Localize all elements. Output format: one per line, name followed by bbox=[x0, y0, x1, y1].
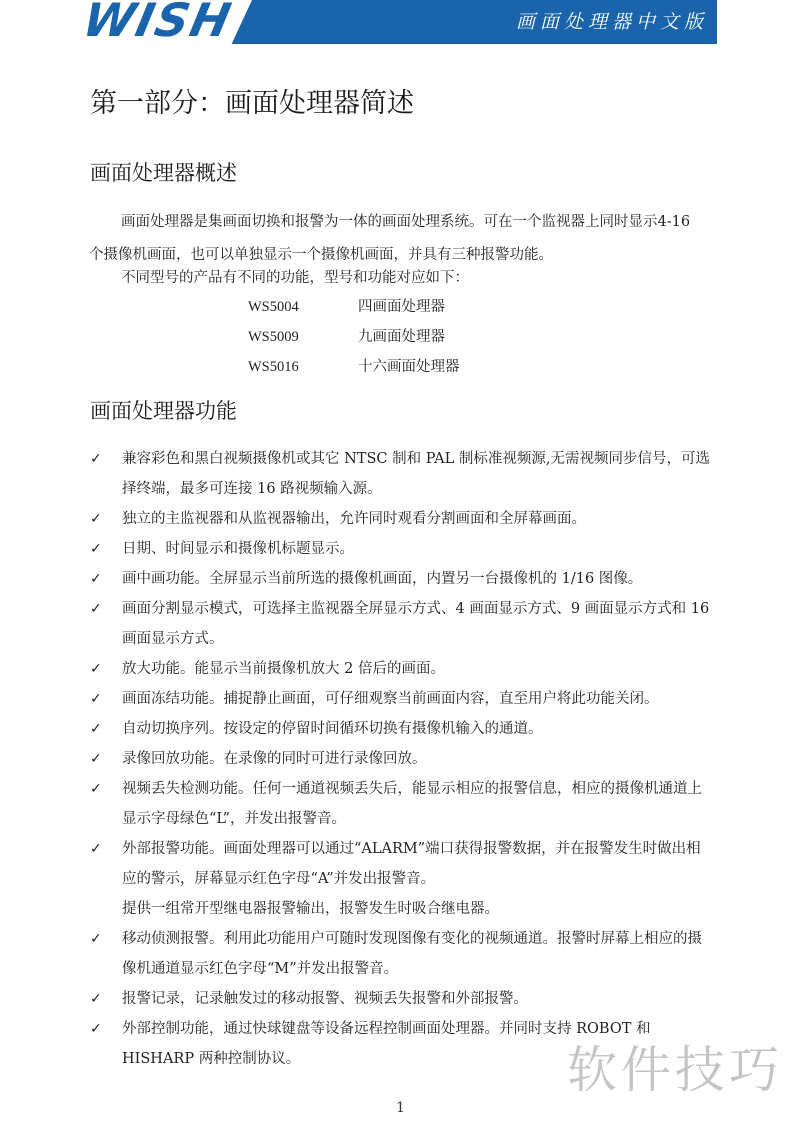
model-row: WS5009 九画面处理器 bbox=[248, 322, 460, 352]
model-row: WS5004 四画面处理器 bbox=[248, 292, 460, 322]
model-code: WS5004 bbox=[248, 292, 358, 322]
feature-item: ✓视频丢失检测功能。任何一通道视频丢失后，能显示相应的报警信息，相应的摄像机通道… bbox=[90, 774, 710, 834]
check-icon: ✓ bbox=[90, 654, 122, 684]
check-icon: ✓ bbox=[90, 984, 122, 1014]
wish-logo: WISH bbox=[79, 0, 237, 44]
feature-text: 报警记录，记录触发过的移动报警、视频丢失报警和外部报警。 bbox=[122, 984, 710, 1014]
check-icon: ✓ bbox=[90, 1014, 122, 1074]
feature-item: ✓画面分割显示模式，可选择主监视器全屏显示方式、4 画面显示方式、9 画面显示方… bbox=[90, 594, 710, 654]
functions-heading: 画面处理器功能 bbox=[90, 396, 237, 426]
feature-item: ✓画面冻结功能。捕捉静止画面，可仔细观察当前画面内容，直至用户将此功能关闭。 bbox=[90, 684, 710, 714]
feature-text: 画面冻结功能。捕捉静止画面，可仔细观察当前画面内容，直至用户将此功能关闭。 bbox=[122, 684, 710, 714]
feature-item: ✓兼容彩色和黑白视频摄像机或其它 NTSC 制和 PAL 制标准视频源,无需视频… bbox=[90, 444, 710, 504]
feature-item: ✓移动侦测报警。利用此功能用户可随时发现图像有变化的视频通道。报警时屏幕上相应的… bbox=[90, 924, 710, 984]
feature-item: ✓录像回放功能。在录像的同时可进行录像回放。 bbox=[90, 744, 710, 774]
check-icon: ✓ bbox=[90, 534, 122, 564]
feature-text: 独立的主监视器和从监视器输出，允许同时观看分割画面和全屏幕画面。 bbox=[122, 504, 710, 534]
check-icon: ✓ bbox=[90, 774, 122, 834]
check-icon: ✓ bbox=[90, 714, 122, 744]
feature-item: ✓报警记录，记录触发过的移动报警、视频丢失报警和外部报警。 bbox=[90, 984, 710, 1014]
model-description: 四画面处理器 bbox=[358, 292, 445, 322]
model-row: WS5016 十六画面处理器 bbox=[248, 352, 460, 382]
feature-text: 自动切换序列。按设定的停留时间循环切换有摄像机输入的通道。 bbox=[122, 714, 710, 744]
feature-item: ✓放大功能。能显示当前摄像机放大 2 倍后的画面。 bbox=[90, 654, 710, 684]
feature-text: 画中画功能。全屏显示当前所选的摄像机画面，内置另一台摄像机的 1/16 图像。 bbox=[122, 564, 710, 594]
model-description: 十六画面处理器 bbox=[358, 352, 460, 382]
feature-text: 兼容彩色和黑白视频摄像机或其它 NTSC 制和 PAL 制标准视频源,无需视频同… bbox=[122, 444, 710, 504]
feature-item: ✓日期、时间显示和摄像机标题显示。 bbox=[90, 534, 710, 564]
feature-item: ✓外部报警功能。画面处理器可以通过“ALARM”端口获得报警数据，并在报警发生时… bbox=[90, 834, 710, 894]
models-intro: 不同型号的产品有不同的功能，型号和功能对应如下： bbox=[89, 262, 709, 295]
feature-item: ✓独立的主监视器和从监视器输出，允许同时观看分割画面和全屏幕画面。 bbox=[90, 504, 710, 534]
part-title: 第一部分：画面处理器简述 bbox=[90, 84, 414, 124]
model-code: WS5009 bbox=[248, 322, 358, 352]
overview-heading: 画面处理器概述 bbox=[90, 158, 237, 188]
page-number: 1 bbox=[396, 1100, 405, 1116]
check-icon: ✓ bbox=[90, 564, 122, 594]
feature-text: 日期、时间显示和摄像机标题显示。 bbox=[122, 534, 710, 564]
feature-text: 视频丢失检测功能。任何一通道视频丢失后，能显示相应的报警信息，相应的摄像机通道上… bbox=[122, 774, 710, 834]
feature-text: 移动侦测报警。利用此功能用户可随时发现图像有变化的视频通道。报警时屏幕上相应的摄… bbox=[122, 924, 710, 984]
feature-list: ✓兼容彩色和黑白视频摄像机或其它 NTSC 制和 PAL 制标准视频源,无需视频… bbox=[90, 444, 710, 1074]
banner-title: 画面处理器中文版 bbox=[516, 8, 708, 36]
feature-item: ✓画中画功能。全屏显示当前所选的摄像机画面，内置另一台摄像机的 1/16 图像。 bbox=[90, 564, 710, 594]
feature-text: 录像回放功能。在录像的同时可进行录像回放。 bbox=[122, 744, 710, 774]
watermark: 软件技巧 bbox=[567, 1040, 783, 1100]
check-icon: ✓ bbox=[90, 744, 122, 774]
feature-item: ✓自动切换序列。按设定的停留时间循环切换有摄像机输入的通道。 bbox=[90, 714, 710, 744]
feature-text: 外部报警功能。画面处理器可以通过“ALARM”端口获得报警数据，并在报警发生时做… bbox=[122, 834, 710, 894]
feature-text: 放大功能。能显示当前摄像机放大 2 倍后的画面。 bbox=[122, 654, 710, 684]
check-icon: ✓ bbox=[90, 504, 122, 534]
check-icon: ✓ bbox=[90, 444, 122, 504]
check-icon: ✓ bbox=[90, 924, 122, 984]
model-list: WS5004 四画面处理器 WS5009 九画面处理器 WS5016 十六画面处… bbox=[248, 292, 460, 382]
model-code: WS5016 bbox=[248, 352, 358, 382]
model-description: 九画面处理器 bbox=[358, 322, 445, 352]
check-icon: ✓ bbox=[90, 834, 122, 894]
check-icon: ✓ bbox=[90, 684, 122, 714]
feature-continuation: 提供一组常开型继电器报警输出，报警发生时吸合继电器。 bbox=[90, 894, 710, 924]
feature-text: 画面分割显示模式，可选择主监视器全屏显示方式、4 画面显示方式、9 画面显示方式… bbox=[122, 594, 710, 654]
check-icon: ✓ bbox=[90, 594, 122, 654]
